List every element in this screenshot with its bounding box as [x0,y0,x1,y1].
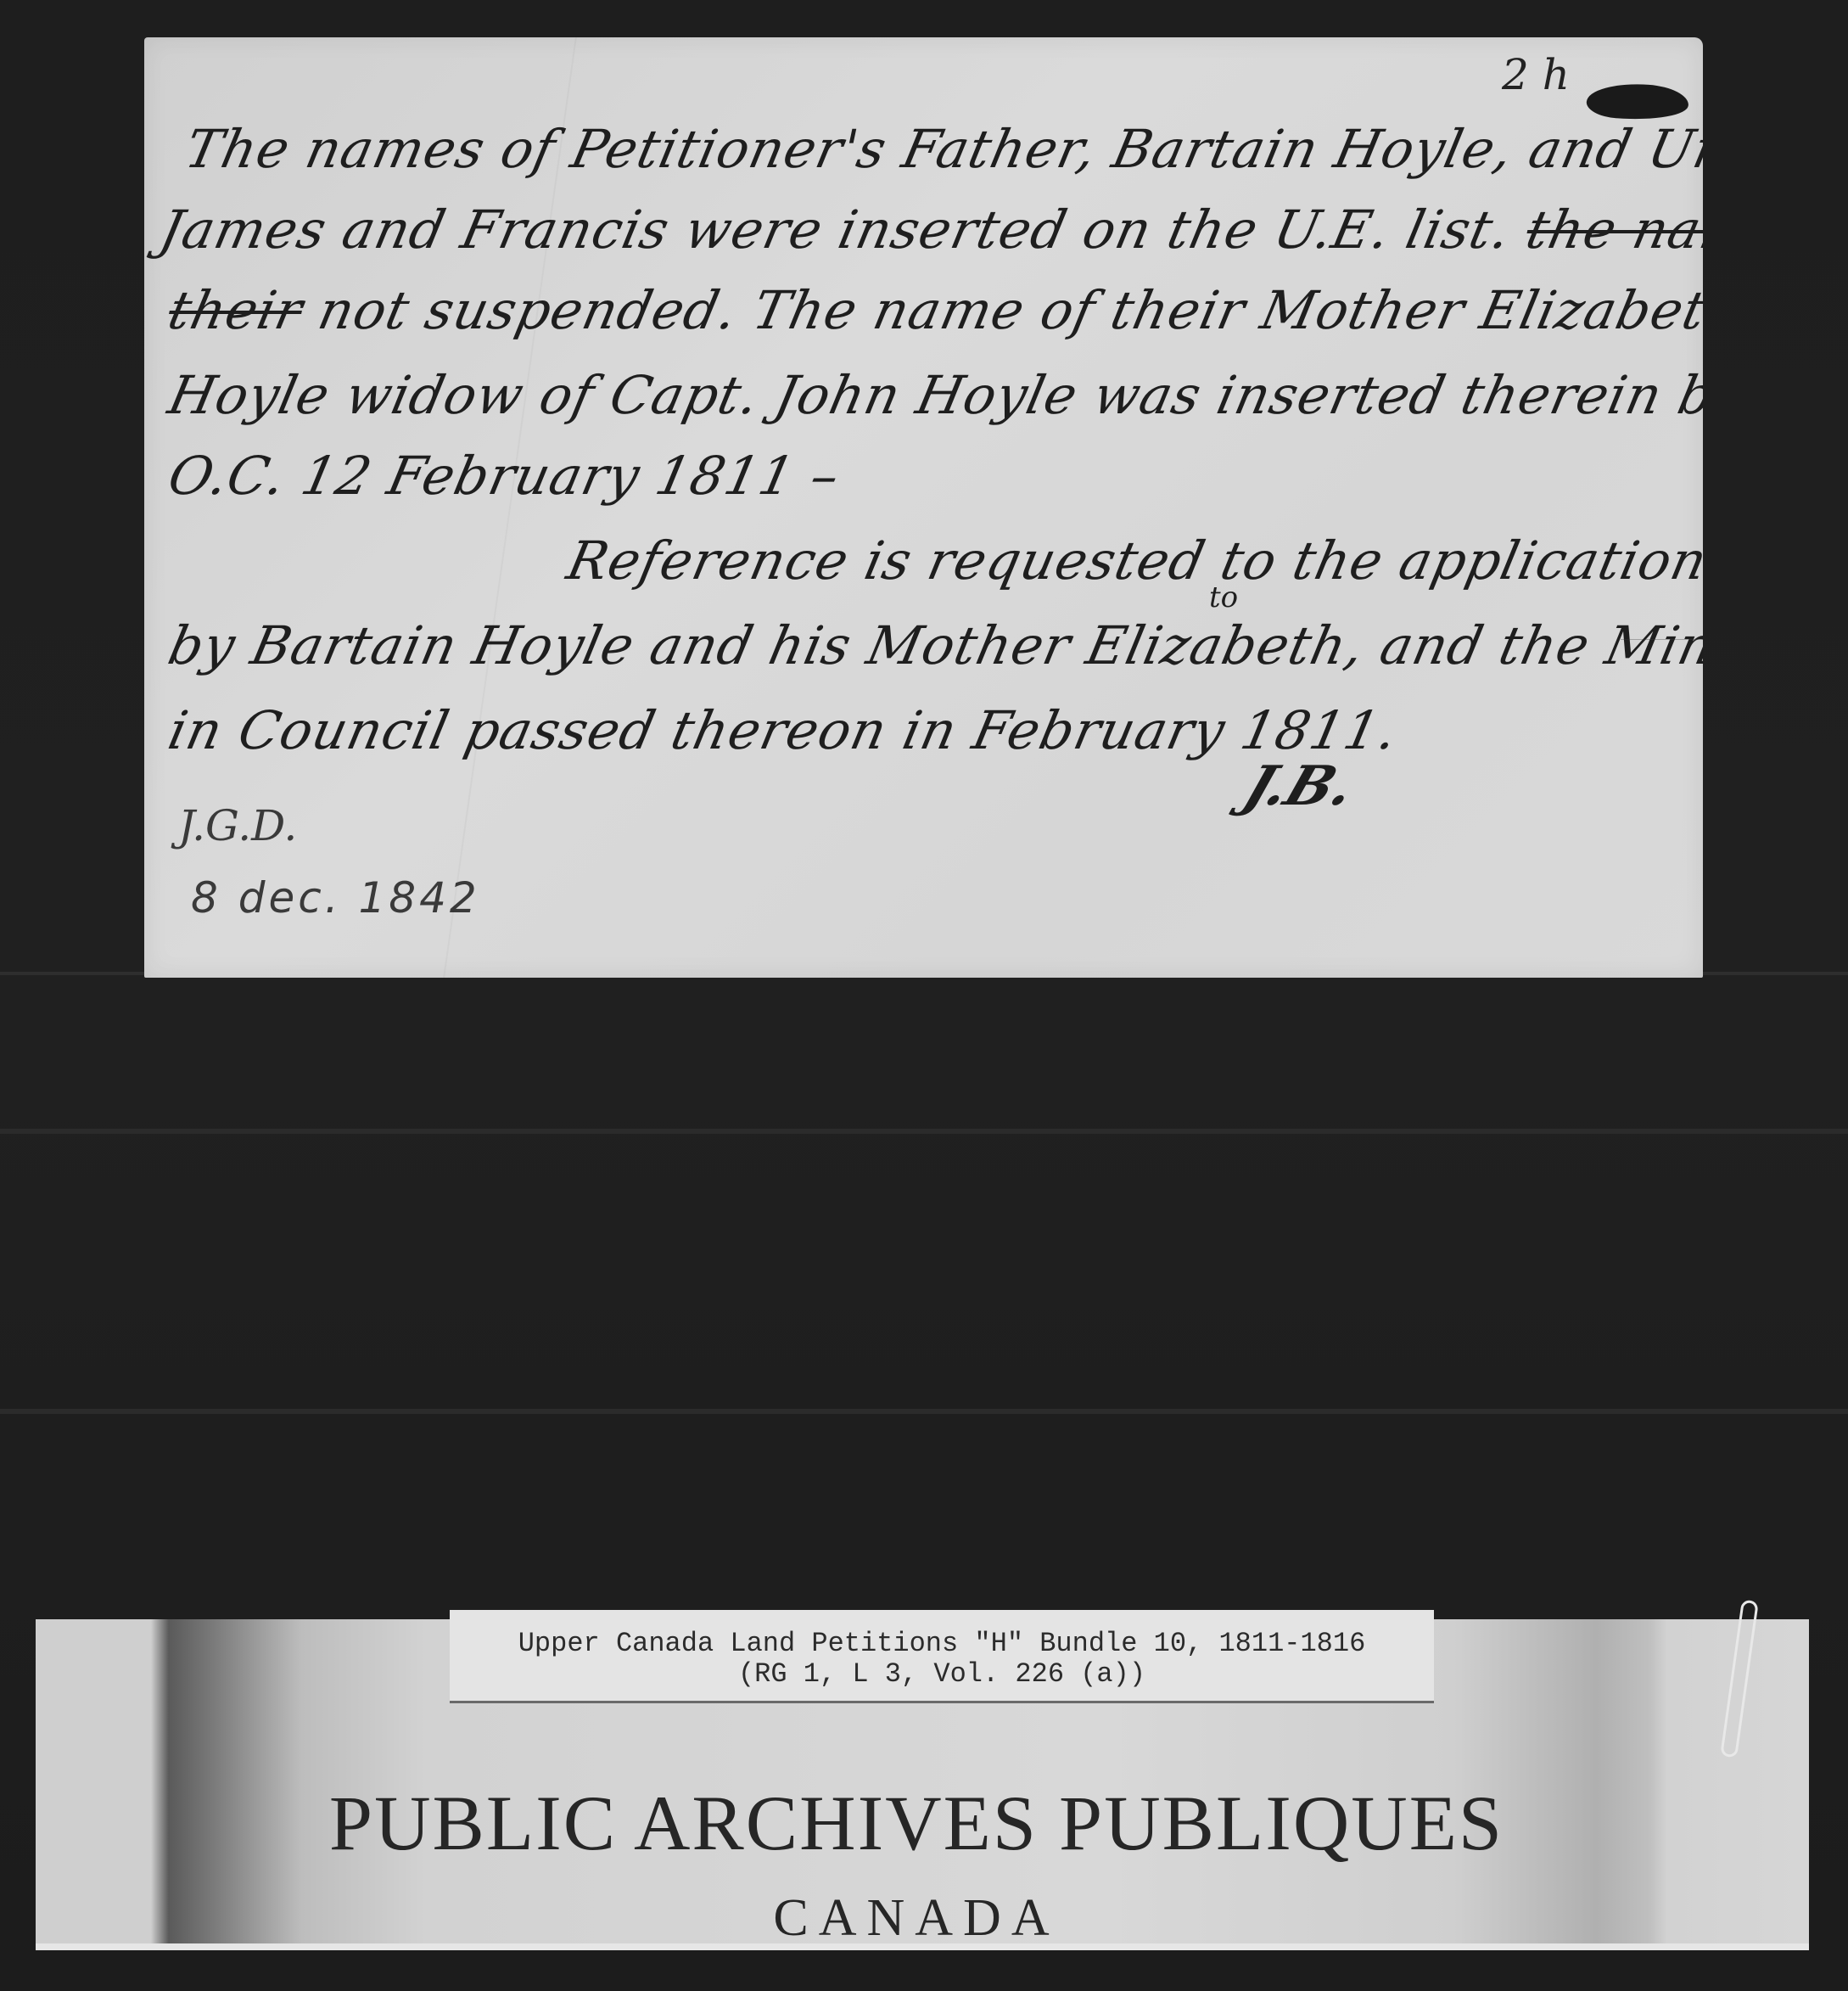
archive-title: PUBLIC ARCHIVES PUBLIQUES [170,1778,1663,1868]
text-line-1: The names of Petitioner's Father, Bartai… [180,118,1703,180]
film-band [0,1409,1848,1414]
text-line-8: in Council passed thereon in February 18… [163,699,1403,761]
film-band [0,1129,1848,1134]
clerk-initials: J.G.D. [178,801,297,850]
handwritten-petition-sheet: 2 h The names of Petitioner's Father, Ba… [144,37,1703,978]
text-line-2: James and Francis were inserted on the U… [154,199,1703,261]
text-line-5: O.C. 12 February 1811 – [163,445,845,507]
archive-country: CANADA [170,1888,1663,1949]
text-line-6: Reference is requested to the applicatio… [562,530,1703,592]
collection-label-line-1: Upper Canada Land Petitions "H" Bundle 1… [518,1628,1366,1659]
date-stamp: 8 dec. 1842 [191,873,480,923]
text-line-2-main: James and Francis were inserted on the U… [154,199,1516,261]
collection-label: Upper Canada Land Petitions "H" Bundle 1… [450,1610,1434,1703]
ink-blot [1586,81,1690,123]
text-line-4: Hoyle widow of Capt. John Hoyle was inse… [163,364,1703,426]
page-mark: 2 h [1502,50,1570,99]
signature: J.B. [1235,754,1364,818]
text-line-7: by Bartain Hoyle and his Mother Elizabet… [163,614,1703,676]
struck-text: the name of [1521,199,1703,261]
struck-text: their [163,279,309,341]
collection-label-line-2: (RG 1, L 3, Vol. 226 (a)) [450,1659,1434,1690]
text-line-3-main: not suspended. The name of their Mother … [313,279,1703,341]
inserted-word: to [1209,580,1238,614]
paper-fold [1621,639,1703,640]
text-line-3: their not suspended. The name of their M… [163,279,1703,341]
